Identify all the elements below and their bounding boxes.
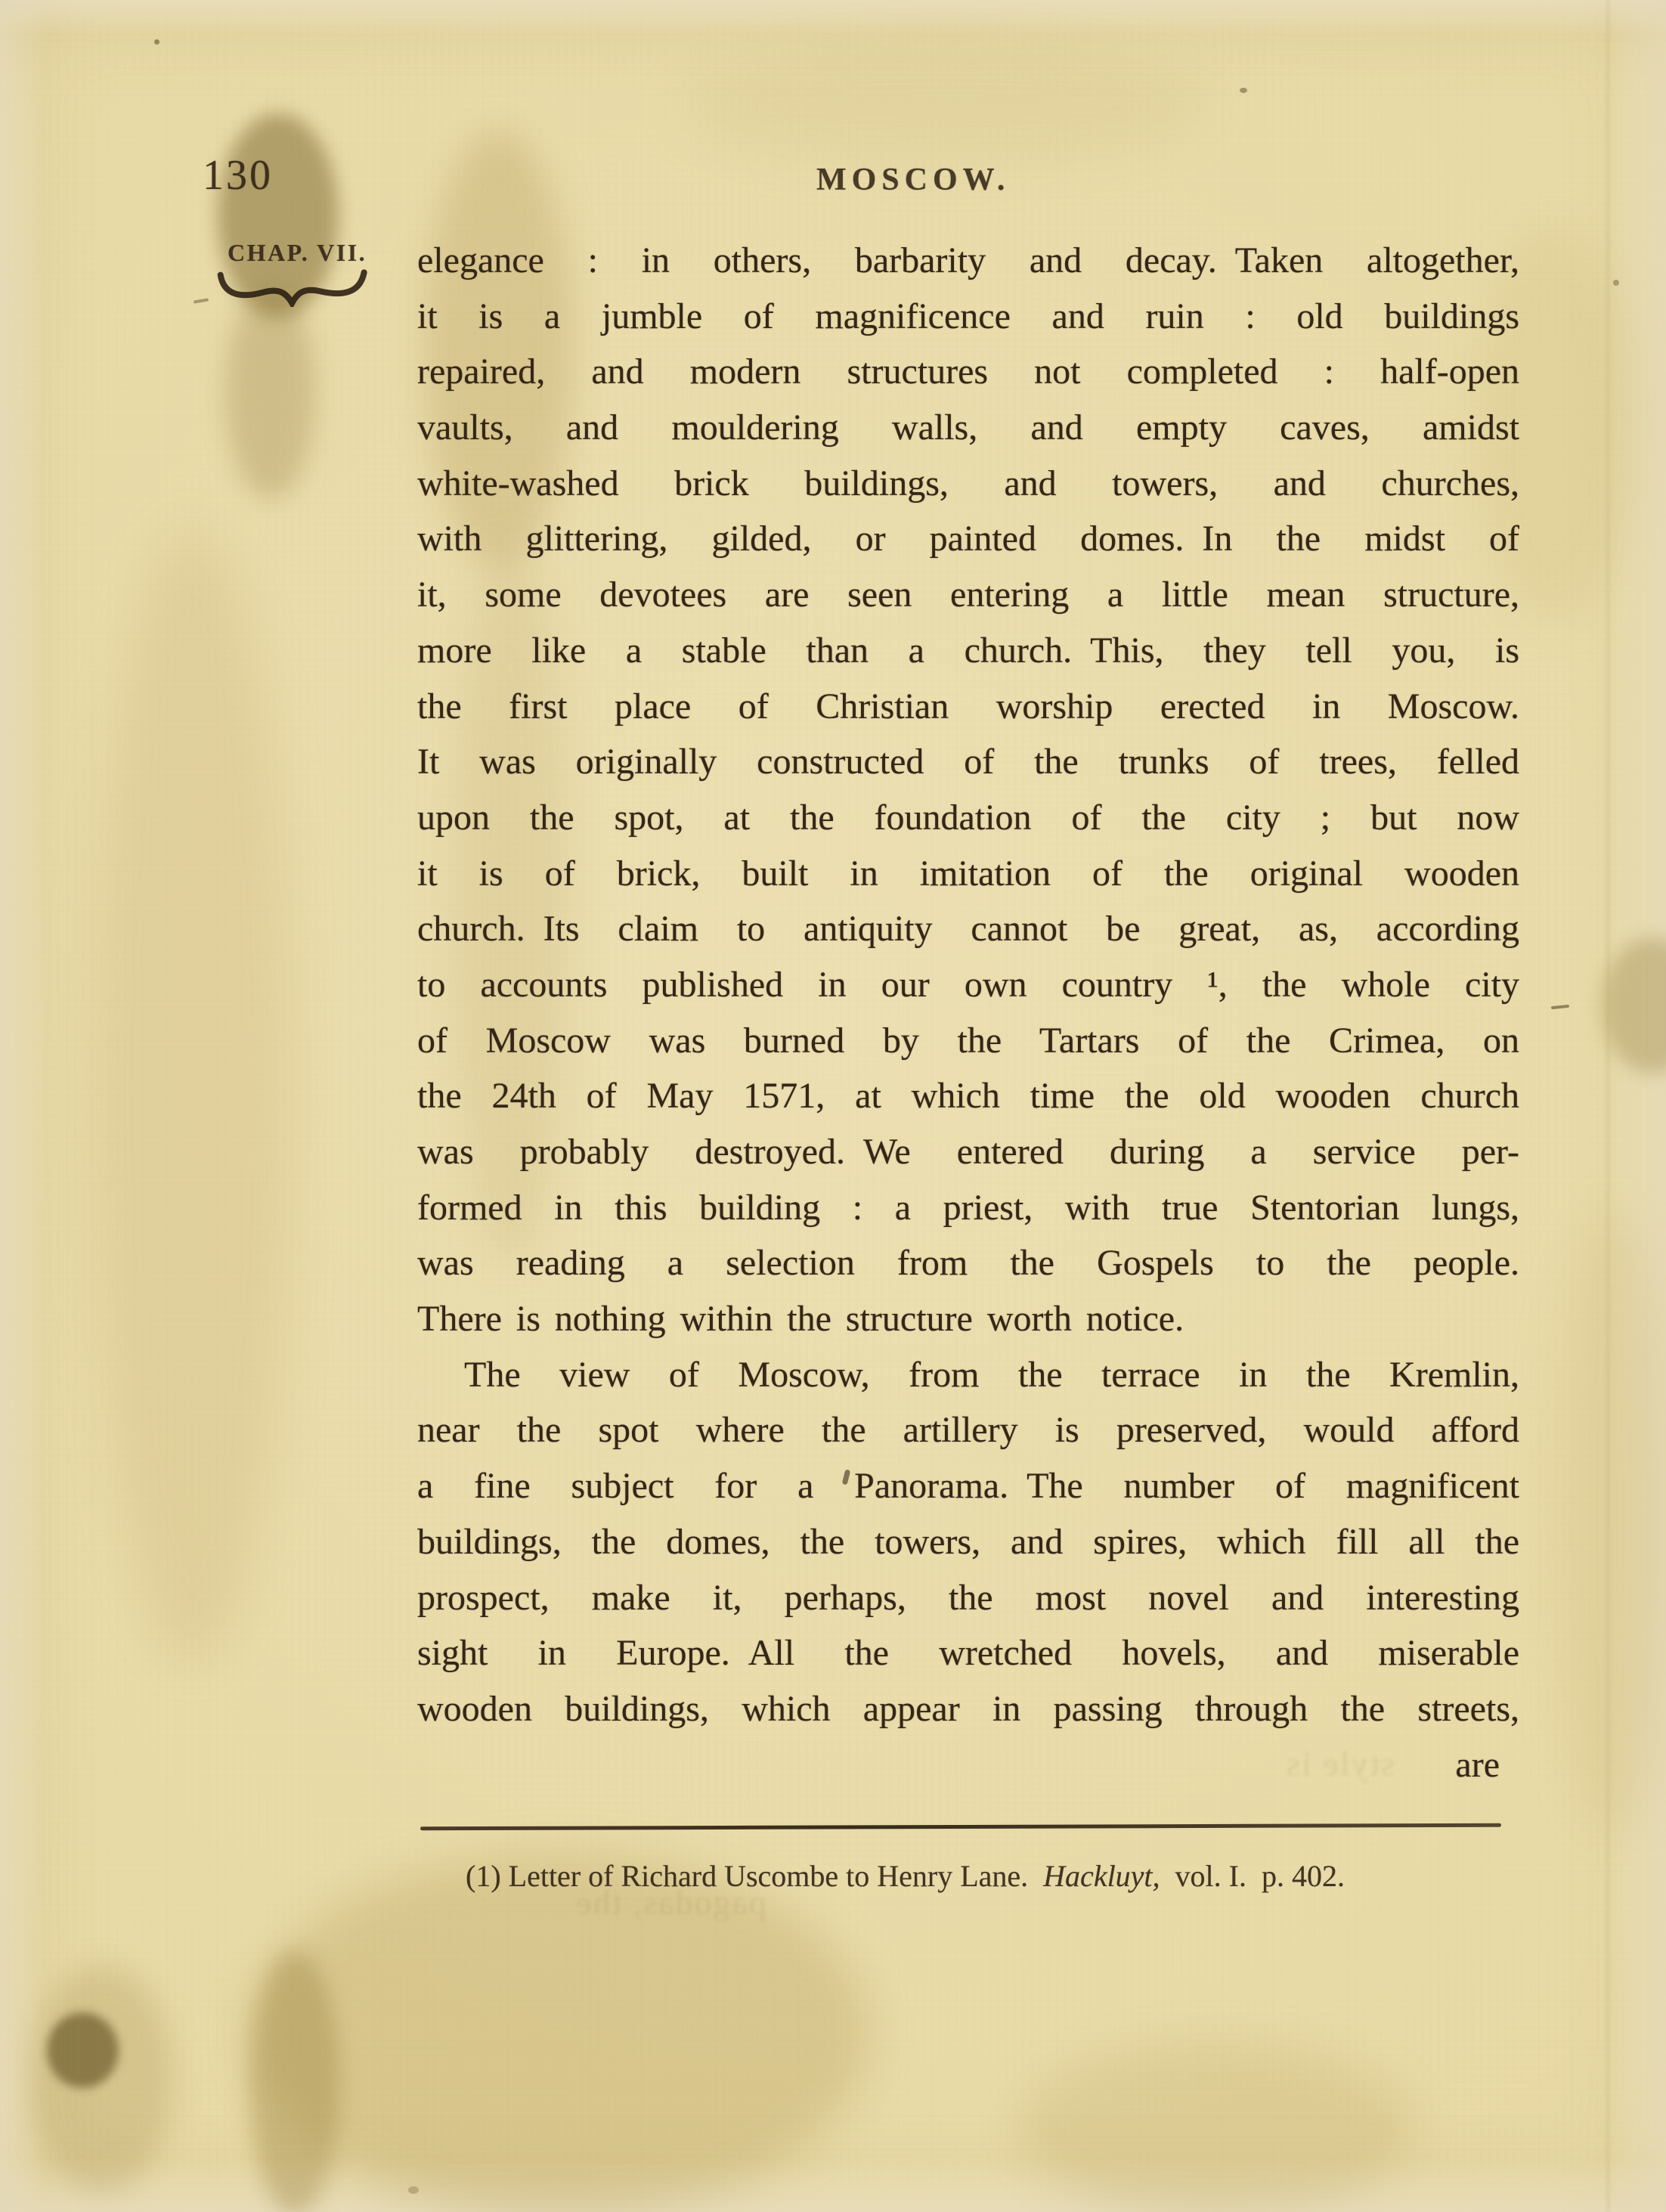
- book-page-scan: style is pagodas, the 130 MOSCOW. CHAP. …: [0, 0, 1666, 2212]
- scan-vignette: [0, 0, 1666, 2212]
